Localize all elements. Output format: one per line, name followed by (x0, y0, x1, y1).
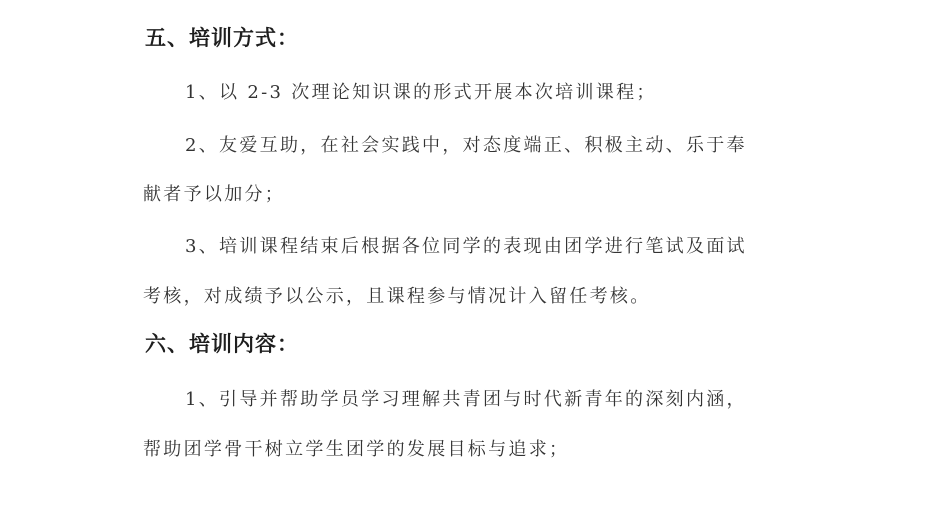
section-heading-training-content: 六、培训内容： (145, 328, 299, 358)
paragraph-method-3-line-1: 3、培训课程结束后根据各位同学的表现由团学进行笔试及面试 (185, 232, 747, 258)
paragraph-method-2-line-1: 2、友爱互助，在社会实践中，对态度端正、积极主动、乐于奉 (185, 131, 747, 157)
section-heading-training-method: 五、培训方式： (145, 22, 299, 52)
paragraph-method-3-line-2: 考核，对成绩予以公示，且课程参与情况计入留任考核。 (143, 282, 651, 308)
paragraph-method-2-line-2: 献者予以加分； (143, 180, 285, 206)
paragraph-method-1: 1、以 2-3 次理论知识课的形式开展本次培训课程； (185, 78, 657, 104)
document-page: 五、培训方式： 1、以 2-3 次理论知识课的形式开展本次培训课程； 2、友爱互… (0, 0, 950, 506)
paragraph-content-1-line-1: 1、引导并帮助学员学习理解共青团与时代新青年的深刻内涵， (185, 385, 747, 411)
paragraph-content-1-line-2: 帮助团学骨干树立学生团学的发展目标与追求； (143, 435, 569, 461)
